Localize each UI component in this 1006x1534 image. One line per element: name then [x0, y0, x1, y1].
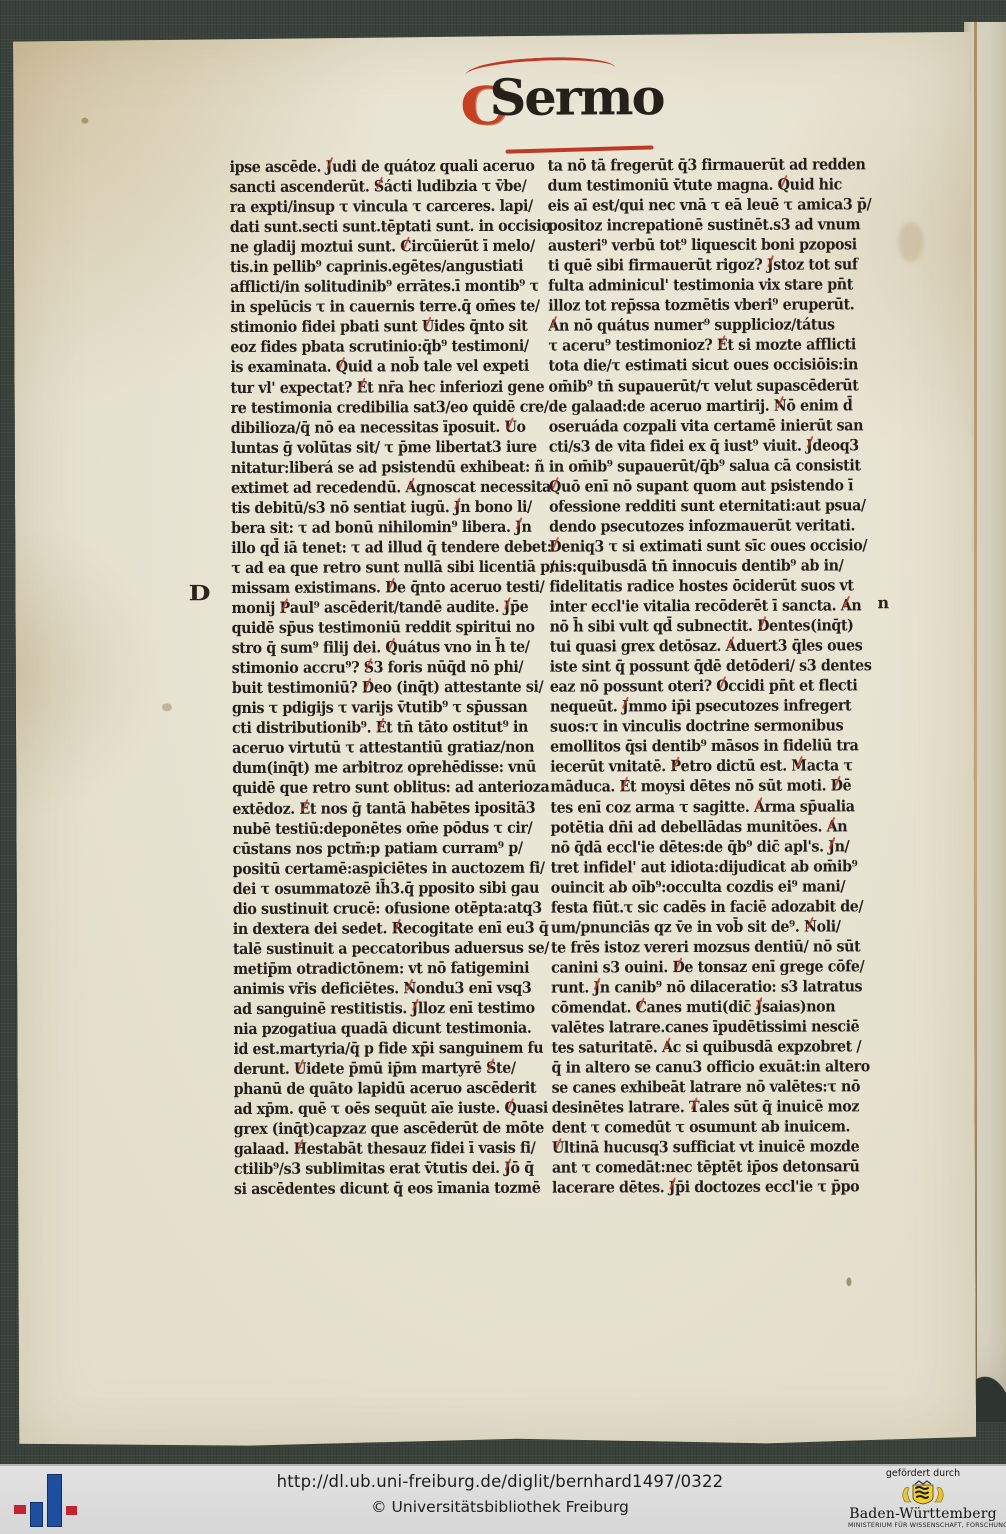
margin-mark-right: n [877, 593, 889, 612]
text-line: dibilioza/q̄ nō ea necessitas īposuit. U… [231, 416, 524, 437]
text-line: buit testimoniū? Deo (inq̄t) attestante … [232, 677, 525, 698]
text-line: lacerare dētes. Jp̄i doctozes eccl'ie τ … [552, 1177, 869, 1198]
text-line: nubē testiū:deponētes om̄e pōdus τ cir/ [232, 817, 525, 838]
logo-red-square [66, 1506, 77, 1515]
text-line: positū certamē:aspiciētes in auctozem fi… [233, 857, 526, 878]
logo-red-square [14, 1505, 26, 1514]
text-line: tis.in pellib⁹ caprinis.egētes/angustiat… [230, 256, 523, 277]
text-line: galaad. Hestabāt thesauz fidei ī vasis f… [234, 1138, 527, 1159]
baden-wuerttemberg-coat-of-arms-icon [897, 1480, 949, 1506]
text-line: inter eccl'ie vitalia recōderēt ī sancta… [549, 595, 866, 616]
text-line: nia pzogatiua quadā dicunt testimonia. [233, 1018, 526, 1039]
text-line: re testimonia credibilia sat3/eo quidē c… [231, 396, 524, 417]
copyright-notice: © Universitätsbibliothek Freiburg [200, 1498, 800, 1516]
text-line: festa fiūt.τ sic cadēs in faciē adozabit… [551, 896, 868, 917]
funding-ministry: MINISTERIUM FÜR WISSENSCHAFT, FORSCHUNG … [848, 1522, 998, 1529]
text-line: nō q̄dā eccl'ie dētes:de q̄b⁹ dic̄ apl's… [551, 836, 868, 857]
text-line: stimonio accru⁹? S3 foris nūq̄d nō phi/ [232, 657, 525, 678]
manuscript-page: C Sermo ipse ascēde. Judi de quátoz qual… [13, 32, 976, 1448]
text-line: metip̄m otradictōnem: vt nō fatigemini [233, 958, 526, 979]
text-line: Quō enī nō supant quom aut psistendo ī [549, 475, 866, 496]
logo-blue-bar-short [30, 1502, 43, 1527]
text-line: si ascēdentes dicunt q̄ eos īmania tozmē [234, 1178, 527, 1199]
text-line: ti quē sibi firmauerūt rigoz? Jstoz tot … [548, 255, 865, 276]
text-line: um/pnunciās qz v̄e in vob̄ sit de⁹. Noli… [551, 916, 868, 937]
text-line: derunt. Uidete p̄mū ip̄m martyrē Ste/ [233, 1058, 526, 1079]
text-column-right: ta nō tā fregerūt q̄3 firmauerūt ad redd… [548, 154, 897, 1198]
text-line: id est.martyria/q̄ p fide xp̄i sanguinem… [233, 1038, 526, 1059]
document-url[interactable]: http://dl.ub.uni-freiburg.de/diglit/bern… [200, 1472, 800, 1491]
text-line: ta nō tā fregerūt q̄3 firmauerūt ad redd… [548, 154, 865, 175]
text-line: eis aī est/qui nec vnā τ eā leuē τ amica… [548, 194, 865, 215]
text-line: ne gladij moztui sunt. Circūierūt ī melo… [230, 236, 523, 257]
text-line: cūstans nos pctm̄:p patiam curram⁹ p/ [233, 837, 526, 858]
text-line: quidē que retro sunt oblitus: ad anterio… [232, 777, 525, 798]
text-line: dum testimoniū v̄tute magna. Quid hic [548, 174, 865, 195]
text-line: ctilib⁹/s3 sublimitas erat v̄tutis dei. … [234, 1158, 527, 1179]
text-line: tota die/τ estimati sicut oues occisiōis… [548, 355, 865, 376]
text-line: nō h̄ sibi vult qd̄ subnectit. Dentes(in… [550, 615, 867, 636]
text-line: fulta adminicul' testimonia vix stare pn… [548, 275, 865, 296]
text-line: ad sanguinē restitistis. Jlloz enī testi… [233, 998, 526, 1019]
text-line: tui quasi grex detōsaz. Aduert3 q̄les ou… [550, 635, 867, 656]
text-line: sancti ascenderūt. Sácti ludibzia τ v̄be… [230, 176, 523, 197]
text-line: cōmendat. Canes muti(dic̄ Jsaias)non [551, 996, 868, 1017]
text-line: Deniq3 τ si extimati sunt sīc oues occis… [549, 535, 866, 556]
text-line: runt. Jn canib⁹ nō dilaceratio: s3 latra… [551, 976, 868, 997]
text-line: in om̄ib⁹ supauerūt/q̄b⁹ salua cā consis… [549, 455, 866, 476]
text-line: τ aceru⁹ testimonioz? Et si mozte afflic… [548, 335, 865, 356]
text-line: māduca. Et moysi dētes nō sūt moti. Dē [550, 776, 867, 797]
university-library-logo-icon [14, 1472, 84, 1530]
text-column-left: ipse ascēde. Judi de quátoz quali aceruo… [230, 156, 553, 1200]
footer-text-block: http://dl.ub.uni-freiburg.de/diglit/bern… [200, 1472, 800, 1516]
text-line: luntas ḡ volūtas sit/ τ p̄me libertat3 i… [231, 436, 524, 457]
scan-area: C Sermo ipse ascēde. Judi de quátoz qual… [0, 0, 1006, 1464]
text-line: oseruáda cozpali vita certamē inierūt sa… [549, 415, 866, 436]
text-line: stro q̄ sum⁹ filij dei. Quátus vno in h̄… [232, 637, 525, 658]
text-line: austeri⁹ verbū tot⁹ liquescit boni pzopo… [548, 234, 865, 255]
text-line: eoz fides pbata scrutinio:q̄b⁹ testimoni… [230, 336, 523, 357]
text-line: cti/s3 de vita fidei ex q̄ iust⁹ viuit. … [549, 435, 866, 456]
text-line: eaz nō possunt oteri? Occidi pn̄t et fle… [550, 676, 867, 697]
text-line: iecerūt vnitatē. Petro dictū est. Macta … [550, 756, 867, 777]
text-line: tur vl' expectat? Et nr̄a hec inferiozi … [230, 376, 523, 397]
text-line: dum(inq̄t) me arbitroz oprehēdisse: vnū [232, 757, 525, 778]
text-line: tis debitū/s3 nō sentiat iugū. Jn bono l… [231, 497, 524, 518]
paper-stain [81, 118, 88, 124]
text-line: potētia dn̄i ad debellādas munitōes. An [550, 816, 867, 837]
text-line: te frēs istoz vereri mozsus dentiū/ nō s… [551, 936, 868, 957]
text-line: valētes latrare.canes īpudētissimi nesci… [551, 1016, 868, 1037]
text-line: dio sustinuit crucē: ofusione otēpta:atq… [233, 898, 526, 919]
text-line: nequeūt. Jmmo ip̄i psecutozes infregert [550, 696, 867, 717]
text-line: emollitos q̄si dentib⁹ māsos in fideliū … [550, 736, 867, 757]
text-line: illoz tot rep̄ssa tozmētis vberi⁹ eruper… [548, 295, 865, 316]
text-line: in spelūcis τ in cauernis terre.q̄ om̄es… [230, 296, 523, 317]
text-line: phanū de quāto lapidū aceruo ascēderit [234, 1078, 527, 1099]
text-line: ra expti/insup τ vincula τ carceres. lap… [230, 196, 523, 217]
text-line: stimonio fidei pbati sunt Uides q̄nto si… [230, 316, 523, 337]
text-line: quidē sp̄us testimoniū reddit spiritui n… [232, 617, 525, 638]
text-line: An nō quátus numer⁹ supplicioz/tátus [548, 315, 865, 336]
funding-label: gefördert durch [848, 1468, 998, 1479]
text-line: ouincit ab oīb⁹:occulta cozdis ei⁹ mani/ [551, 876, 868, 897]
funding-block: gefördert durch Baden-Württemberg MINIST… [848, 1468, 998, 1529]
text-line: de galaad:de aceruo martirij. Nō enim d̄ [549, 395, 866, 416]
text-line: illo qd̄ iā tenet: τ ad illud q̄ tendere… [231, 537, 524, 558]
text-line: ant τ comedāt:nec tēptēt ip̄os detonsarū [552, 1157, 869, 1178]
text-line: fidelitatis radice hostes ōciderūt suos … [549, 575, 866, 596]
text-line: nitatur:liberá se ad psistendū exhibeat:… [231, 456, 524, 477]
text-line: aceruo virtutū τ attestantiū gratiaz/non [232, 737, 525, 758]
text-line: q̄ in altero se canu3 officio exuāt:in a… [551, 1056, 868, 1077]
text-line: dati sunt.secti sunt.tēptati sunt. in oc… [230, 216, 523, 237]
text-line: monij Paul⁹ ascēderit/tandē audite. Jp̄e [231, 597, 524, 618]
text-line: desinētes latrare. Tales sūt q̄ inuicē m… [552, 1096, 869, 1117]
text-line: ad xp̄m. quē τ oēs sequūt aīe iuste. Qua… [234, 1098, 527, 1119]
text-line: Ultinā hucusq3 sufficiat vt inuicē mozde [552, 1137, 869, 1158]
margin-initial-left: D [189, 580, 211, 605]
page-headline: C Sermo [403, 61, 723, 162]
text-line: in dextera dei sedet. Recogitate enī eu3… [233, 918, 526, 939]
text-line: iste sint q̄ possunt q̄dē detōderi/ s3 d… [550, 655, 867, 676]
text-line: grex (inq̄t)capzaz que ascēderūt de mōte [234, 1118, 527, 1139]
text-line: dent τ comedūt τ osumunt ab inuicem. [552, 1117, 869, 1138]
text-line: tret infidel' aut idiota:dijudicat ab om… [551, 856, 868, 877]
library-footer-bar: http://dl.ub.uni-freiburg.de/diglit/bern… [0, 1464, 1006, 1534]
text-line: gnis τ pdigijs τ varijs v̄tutib⁹ τ sp̄us… [232, 697, 525, 718]
text-line: ipse ascēde. Judi de quátoz quali aceruo [230, 156, 523, 177]
text-line: missam existimans. De q̄nto aceruo testi… [231, 577, 524, 598]
text-line: animis vr̄is deficiētes. Nondu3 enī vsq3 [233, 978, 526, 999]
page-title: Sermo [489, 67, 663, 127]
paper-stain [846, 1277, 851, 1286]
text-line: dendo psecutozes infozmauerūt veritati. [549, 515, 866, 536]
paper-stain [898, 222, 924, 262]
text-line: ofessione redditi sunt eternitati:aut ps… [549, 495, 866, 516]
paper-stain [162, 703, 172, 711]
text-line: bera sit: τ ad bonū nihilomin⁹ libera. J… [231, 517, 524, 538]
text-line: cti distributionib⁹. Et tn̄ tāto ostitut… [232, 717, 525, 738]
red-underline-ornament [505, 145, 653, 153]
text-line: canini s3 ouini. De tonsaz enī grege cōf… [551, 956, 868, 977]
text-line: tes enī coz arma τ sagitte. Arma sp̄uali… [550, 796, 867, 817]
text-line: extēdoz. Et nos ḡ tantā habētes ipositā3 [232, 797, 525, 818]
text-line: tes saturitatē. Ac si quibusdā expzobret… [551, 1036, 868, 1057]
text-line: positoz increpationē sustinēt.s3 ad vnum [548, 214, 865, 235]
text-line: om̄ib⁹ tn̄ supauerūt/τ velut supascēderū… [548, 375, 865, 396]
text-line: extimet ad recedendū. Agnoscat necessita [231, 477, 524, 498]
text-line: suos:τ in vinculis doctrine sermonibus [550, 716, 867, 737]
text-line: nis:quibusdā tn̄ innocuis dentib⁹ ab in/ [549, 555, 866, 576]
text-line: dei τ osummatozē ih̄3.q̄ pposito sibi ga… [233, 877, 526, 898]
logo-blue-bar-tall [47, 1474, 62, 1527]
text-line: talē sustinuit a peccatoribus aduersus s… [233, 938, 526, 959]
text-line: τ ad ea que retro sunt nullā sibi licent… [231, 557, 524, 578]
text-line: afflicti/in solitudinib⁹ errātes.ī monti… [230, 276, 523, 297]
text-line: se canes exhibeāt latrare nō valētes:τ n… [552, 1076, 869, 1097]
funding-region: Baden-Württemberg [848, 1506, 998, 1522]
text-line: is examinata. Quid a nob̄ tale vel expet… [230, 356, 523, 377]
